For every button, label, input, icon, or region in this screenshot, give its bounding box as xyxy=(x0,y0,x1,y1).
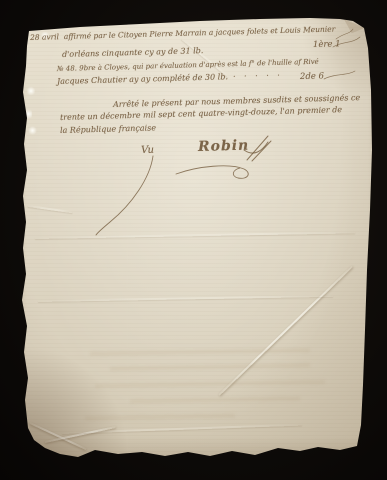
entry-date: 28 avril xyxy=(30,32,59,42)
crease-bottom-right-fold xyxy=(218,266,352,396)
document-page: 28 avril affirmé par le Citoyen Pierre M… xyxy=(0,0,387,480)
bleed-through-mark xyxy=(85,414,235,421)
edge-chip xyxy=(28,126,37,135)
edge-chip xyxy=(25,108,32,120)
edge-chip xyxy=(40,32,50,39)
amount-1-swash xyxy=(333,37,360,47)
entry-line-1: 28 avril affirmé par le Citoyen Pierre M… xyxy=(30,24,335,42)
amount-2-swash xyxy=(324,71,355,79)
top-right-dog-ear xyxy=(344,18,366,34)
signature-paraph xyxy=(252,141,271,161)
signature-paraph xyxy=(247,136,268,160)
crease-left-short xyxy=(28,205,73,213)
vu-descender-flourish xyxy=(96,156,153,235)
bleed-through-mark xyxy=(110,363,310,370)
bleed-through-mark xyxy=(95,380,325,388)
edge-chip xyxy=(27,86,35,96)
bleed-through-mark xyxy=(90,348,310,356)
closing-line-3: la République française xyxy=(60,123,156,135)
crease-bottom-left-crumple-1 xyxy=(30,422,87,450)
line-1-end-swash xyxy=(336,29,353,39)
closing-line-2: trente un décembre mil sept cent quatre-… xyxy=(60,105,342,122)
vu-annotation: Vu xyxy=(141,145,154,156)
signature-underline-flourish xyxy=(176,166,248,179)
entry-text: affirmé par le Citoyen Pierre Marrain a … xyxy=(64,24,336,41)
ink-flourishes xyxy=(0,0,387,480)
crease-lower-horizontal xyxy=(38,295,333,302)
entry-line-3: № 48. 9bre à Cloyes, qui par évaluation … xyxy=(57,58,319,73)
entry-text: Jacques Chautier ay ay complété de 30 lb… xyxy=(57,72,228,86)
entry-line-2: d'orléans cinquante cy ay de 31 lb. xyxy=(62,46,204,59)
crease-top-left-diagonal xyxy=(181,38,229,77)
crease-bottom-left-crumple-2 xyxy=(45,426,116,443)
margin-amount-1: 1ère 1 xyxy=(313,39,341,50)
entry-line-4: Jacques Chautier ay ay complété de 30 lb… xyxy=(57,71,283,86)
signature-paraph xyxy=(244,142,268,153)
bleed-through-mark xyxy=(130,397,300,404)
margin-amount-2: 2de 6 xyxy=(300,71,324,82)
dotted-leader: · · · · · xyxy=(233,71,283,81)
photo-backdrop: 28 avril affirmé par le Citoyen Pierre M… xyxy=(0,0,387,480)
closing-line-1: Arrêté le présent par nous membres susdi… xyxy=(113,93,360,109)
signature-robin: Robin xyxy=(198,138,250,155)
crease-bottom-horizontal xyxy=(62,424,302,434)
crease-middle-horizontal xyxy=(35,231,355,239)
